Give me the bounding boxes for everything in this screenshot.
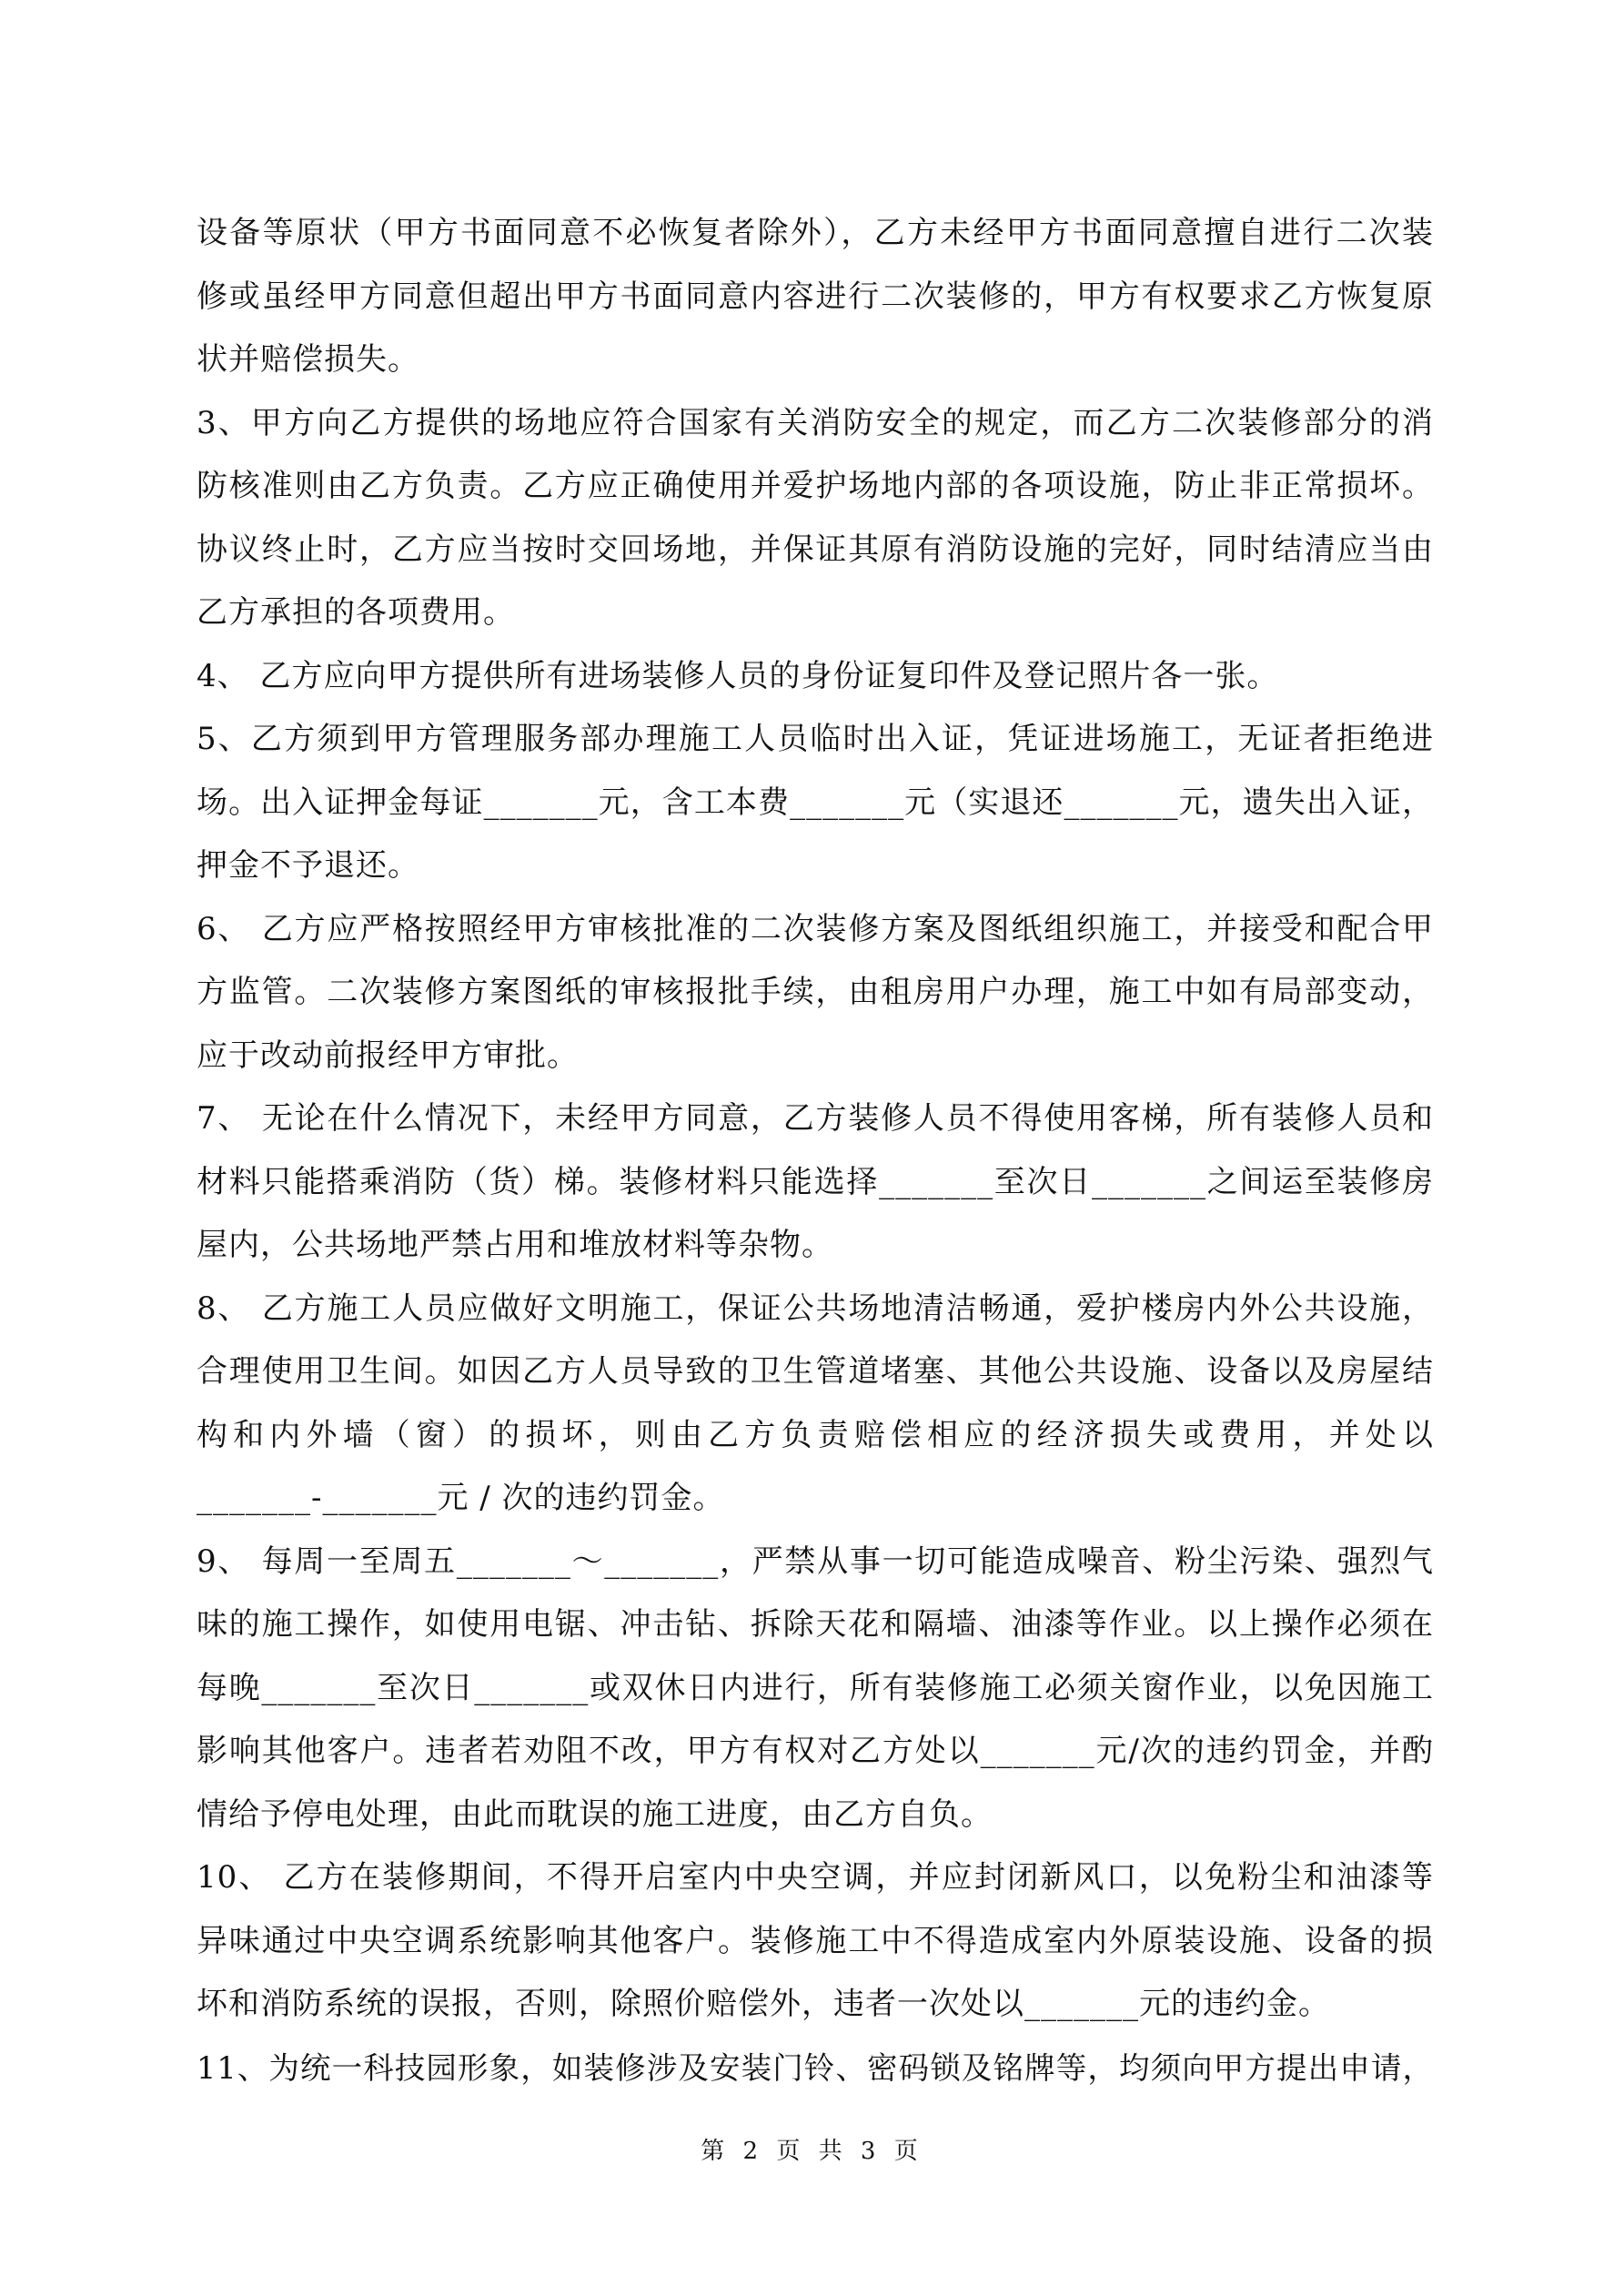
text-line: 11、为统一科技园形象，如装修涉及安装门铃、密码锁及铭牌等，均须向甲方提出申请， <box>197 2037 1434 2100</box>
text-line: _______-_______元 / 次的违约罚金。 <box>197 1467 1434 1531</box>
text-line: 合理使用卫生间。如因乙方人员导致的卫生管道堵塞、其他公共设施、设备以及房屋结 <box>197 1340 1434 1404</box>
text-line: 应于改动前报经甲方审批。 <box>197 1025 1434 1088</box>
text-line: 材料只能搭乘消防（货）梯。装修材料只能选择_______至次日_______之间… <box>197 1151 1434 1215</box>
text-line: 防核准则由乙方负责。乙方应正确使用并爱护场地内部的各项设施，防止非正常损坏。 <box>197 455 1434 519</box>
text-line: 6、 乙方应严格按照经甲方审核批准的二次装修方案及图纸组织施工，并接受和配合甲 <box>197 898 1434 962</box>
text-line: 7、 无论在什么情况下，未经甲方同意，乙方装修人员不得使用客梯，所有装修人员和 <box>197 1087 1434 1151</box>
text-line: 10、 乙方在装修期间，不得开启室内中央空调，并应封闭新风口，以免粉尘和油漆等 <box>197 1846 1434 1910</box>
text-line: 设备等原状（甲方书面同意不必恢复者除外），乙方未经甲方书面同意擅自进行二次装 <box>197 202 1434 266</box>
text-line: 味的施工操作，如使用电锯、冲击钻、拆除天花和隔墙、油漆等作业。以上操作必须在 <box>197 1593 1434 1657</box>
text-line: 4、 乙方应向甲方提供所有进场装修人员的身份证复印件及登记照片各一张。 <box>197 645 1434 709</box>
text-line: 3、甲方向乙方提供的场地应符合国家有关消防安全的规定，而乙方二次装修部分的消 <box>197 392 1434 456</box>
text-line: 8、 乙方施工人员应做好文明施工，保证公共场地清洁畅通，爱护楼房内外公共设施， <box>197 1278 1434 1341</box>
document-body: 设备等原状（甲方书面同意不必恢复者除外），乙方未经甲方书面同意擅自进行二次装修或… <box>197 202 1434 2099</box>
text-line: 5、乙方须到甲方管理服务部办理施工人员临时出入证，凭证进场施工，无证者拒绝进 <box>197 708 1434 772</box>
document-page: 设备等原状（甲方书面同意不必恢复者除外），乙方未经甲方书面同意擅自进行二次装修或… <box>0 0 1624 2296</box>
page-footer: 第 2 页 共 3 页 <box>0 2132 1624 2166</box>
text-line: 情给予停电处理，由此而耽误的施工进度，由乙方自负。 <box>197 1784 1434 1847</box>
text-line: 修或虽经甲方同意但超出甲方书面同意内容进行二次装修的，甲方有权要求乙方恢复原 <box>197 266 1434 329</box>
text-line: 场。出入证押金每证_______元，含工本费_______元（实退还______… <box>197 772 1434 835</box>
text-line: 9、 每周一至周五_______～_______，严禁从事一切可能造成噪音、粉尘… <box>197 1531 1434 1594</box>
text-line: 方监管。二次装修方案图纸的审核报批手续，由租房用户办理，施工中如有局部变动， <box>197 961 1434 1025</box>
text-line: 异味通过中央空调系统影响其他客户。装修施工中不得造成室内外原装设施、设备的损 <box>197 1910 1434 1974</box>
text-line: 协议终止时，乙方应当按时交回场地，并保证其原有消防设施的完好，同时结清应当由 <box>197 519 1434 582</box>
text-line: 坏和消防系统的误报，否则，除照价赔偿外，违者一次处以_______元的违约金。 <box>197 1973 1434 2037</box>
text-line: 影响其他客户。违者若劝阻不改，甲方有权对乙方处以_______元/次的违约罚金，… <box>197 1720 1434 1784</box>
text-line: 每晚_______至次日_______或双休日内进行，所有装修施工必须关窗作业，… <box>197 1657 1434 1721</box>
text-line: 构和内外墙（窗）的损坏，则由乙方负责赔偿相应的经济损失或费用，并处以 <box>197 1404 1434 1468</box>
text-line: 乙方承担的各项费用。 <box>197 582 1434 645</box>
text-line: 押金不予退还。 <box>197 834 1434 898</box>
text-line: 屋内，公共场地严禁占用和堆放材料等杂物。 <box>197 1214 1434 1278</box>
text-line: 状并赔偿损失。 <box>197 329 1434 392</box>
